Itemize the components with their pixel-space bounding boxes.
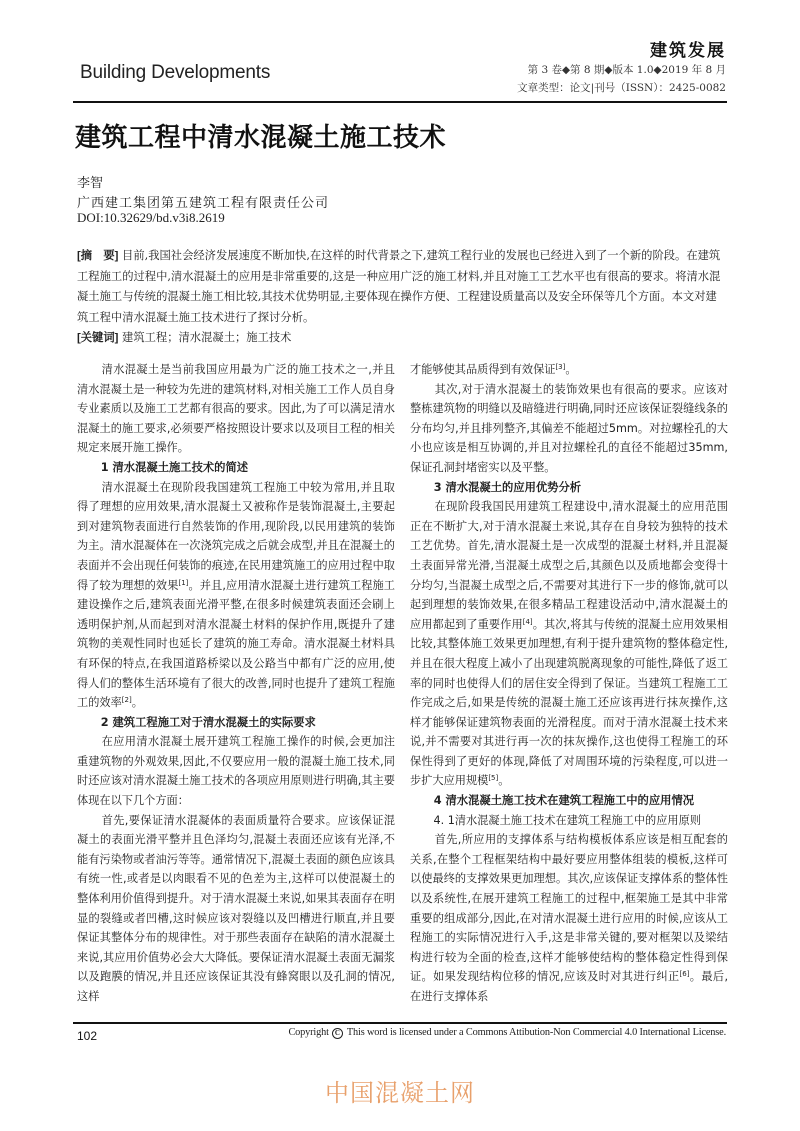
body-column-right: 才能够使其品质得到有效保证[3]。 其次,对于清水混凝土的装饰效果也有很高的要求… (410, 360, 728, 1007)
paragraph-text: 。并且,应用清水混凝土进行建筑工程施工建设操作之后,建筑表面光滑平整,在很多时候… (77, 579, 395, 710)
section-3-paragraph: 在现阶段我国民用建筑工程建设中,清水混凝土的应用范围正在不断扩大,对于清水混凝土… (410, 497, 728, 791)
citation-4[interactable]: [4] (523, 618, 533, 626)
journal-name-chinese: 建筑发展 (650, 36, 726, 61)
issue-info: 第 3 卷◆第 8 期◆版本 1.0◆2019 年 8 月 (528, 62, 726, 77)
abstract-label: [摘 要] (77, 250, 118, 262)
abstract-text: 目前,我国社会经济发展速度不断加快,在这样的时代背景之下,建筑工程行业的发展也已… (77, 249, 720, 324)
article-title: 建筑工程中清水混凝土施工技术 (75, 117, 446, 154)
paragraph-text: 在现阶段我国民用建筑工程建设中,清水混凝土的应用范围正在不断扩大,对于清水混凝土… (410, 500, 728, 631)
copyright-icon: C (332, 1028, 343, 1039)
site-watermark: 中国混凝土网 (0, 1073, 800, 1108)
body-column-left: 清水混凝土是当前我国应用最为广泛的施工技术之一,并且清水混凝土是一种较为先进的建… (77, 360, 395, 1007)
continued-paragraph: 才能够使其品质得到有效保证[3]。 (410, 360, 728, 380)
section-heading-3: 3 清水混凝土的应用优势分析 (410, 478, 728, 498)
section-2-paragraph: 在应用清水混凝土展开建筑工程施工操作的时候,会更加注重建筑物的外观效果,因此,不… (77, 732, 395, 810)
footer-divider (73, 1022, 727, 1024)
paragraph-text: 才能够使其品质得到有效保证 (410, 363, 555, 376)
section-heading-2: 2 建筑工程施工对于清水混凝土的实际要求 (77, 713, 395, 733)
section-2-paragraph-decoration: 其次,对于清水混凝土的装饰效果也有很高的要求。应该对整栋建筑物的明缝以及暗缝进行… (410, 380, 728, 478)
paragraph-text: 。其次,将其与传统的混凝土应用效果相比较,其整体施工效果更加理想,有利于提升建筑… (410, 618, 728, 788)
keywords-text: 建筑工程；清水混凝土；施工技术 (122, 331, 291, 344)
keywords-label: [关键词] (77, 332, 118, 344)
author-affiliation: 广西建工集团第五建筑工程有限责任公司 (77, 192, 329, 211)
page-number: 102 (77, 1029, 97, 1043)
section-1-paragraph: 清水混凝土在现阶段我国建筑工程施工中较为常用,并且取得了理想的应用效果,清水混凝… (77, 478, 395, 713)
keywords: [关键词] 建筑工程；清水混凝土；施工技术 (77, 328, 727, 348)
paragraph-text: 清水混凝土在现阶段我国建筑工程施工中较为常用,并且取得了理想的应用效果,清水混凝… (77, 481, 395, 592)
copyright-label: Copyright (288, 1027, 328, 1038)
doi[interactable]: DOI:10.32629/bd.v3i8.2619 (77, 210, 225, 226)
header-divider (73, 101, 727, 103)
author-name: 李智 (77, 172, 103, 191)
license-text: This word is licensed under a Commons At… (347, 1027, 726, 1038)
intro-paragraph: 清水混凝土是当前我国应用最为广泛的施工技术之一,并且清水混凝土是一种较为先进的建… (77, 360, 395, 458)
paragraph-text: 。 (498, 774, 509, 787)
journal-name-english: Building Developments (80, 62, 270, 84)
paragraph-text: 。 (132, 696, 143, 709)
subsection-heading-4-1: 4. 1清水混凝土施工技术在建筑工程施工中的应用原则 (410, 811, 728, 831)
copyright-notice: CopyrightCThis word is licensed under a … (288, 1027, 726, 1039)
section-2-paragraph-surface: 首先,要保证清水混凝体的表面质量符合要求。应该保证混凝土的表面光滑平整并且色泽均… (77, 811, 395, 1007)
citation-3[interactable]: [3] (555, 363, 565, 371)
section-heading-1: 1 清水混凝土施工技术的简述 (77, 458, 395, 478)
section-4-1-paragraph: 首先,所应用的支撑体系与结构模板体系应该是相互配套的关系,在整个工程框架结构中最… (410, 830, 728, 1006)
citation-5[interactable]: [5] (488, 774, 498, 782)
citation-1[interactable]: [1] (178, 579, 188, 587)
section-heading-4: 4 清水混凝土施工技术在建筑工程施工中的应用情况 (410, 791, 728, 811)
article-type-issn: 文章类型：论文|刊号（ISSN）：2425-0082 (517, 80, 726, 95)
paragraph-text: 。 (565, 363, 576, 376)
citation-6[interactable]: [6] (680, 970, 690, 978)
abstract: [摘 要] 目前,我国社会经济发展速度不断加快,在这样的时代背景之下,建筑工程行… (77, 246, 727, 328)
paragraph-text: 首先,所应用的支撑体系与结构模板体系应该是相互配套的关系,在整个工程框架结构中最… (410, 833, 728, 983)
citation-2[interactable]: [2] (122, 696, 132, 704)
